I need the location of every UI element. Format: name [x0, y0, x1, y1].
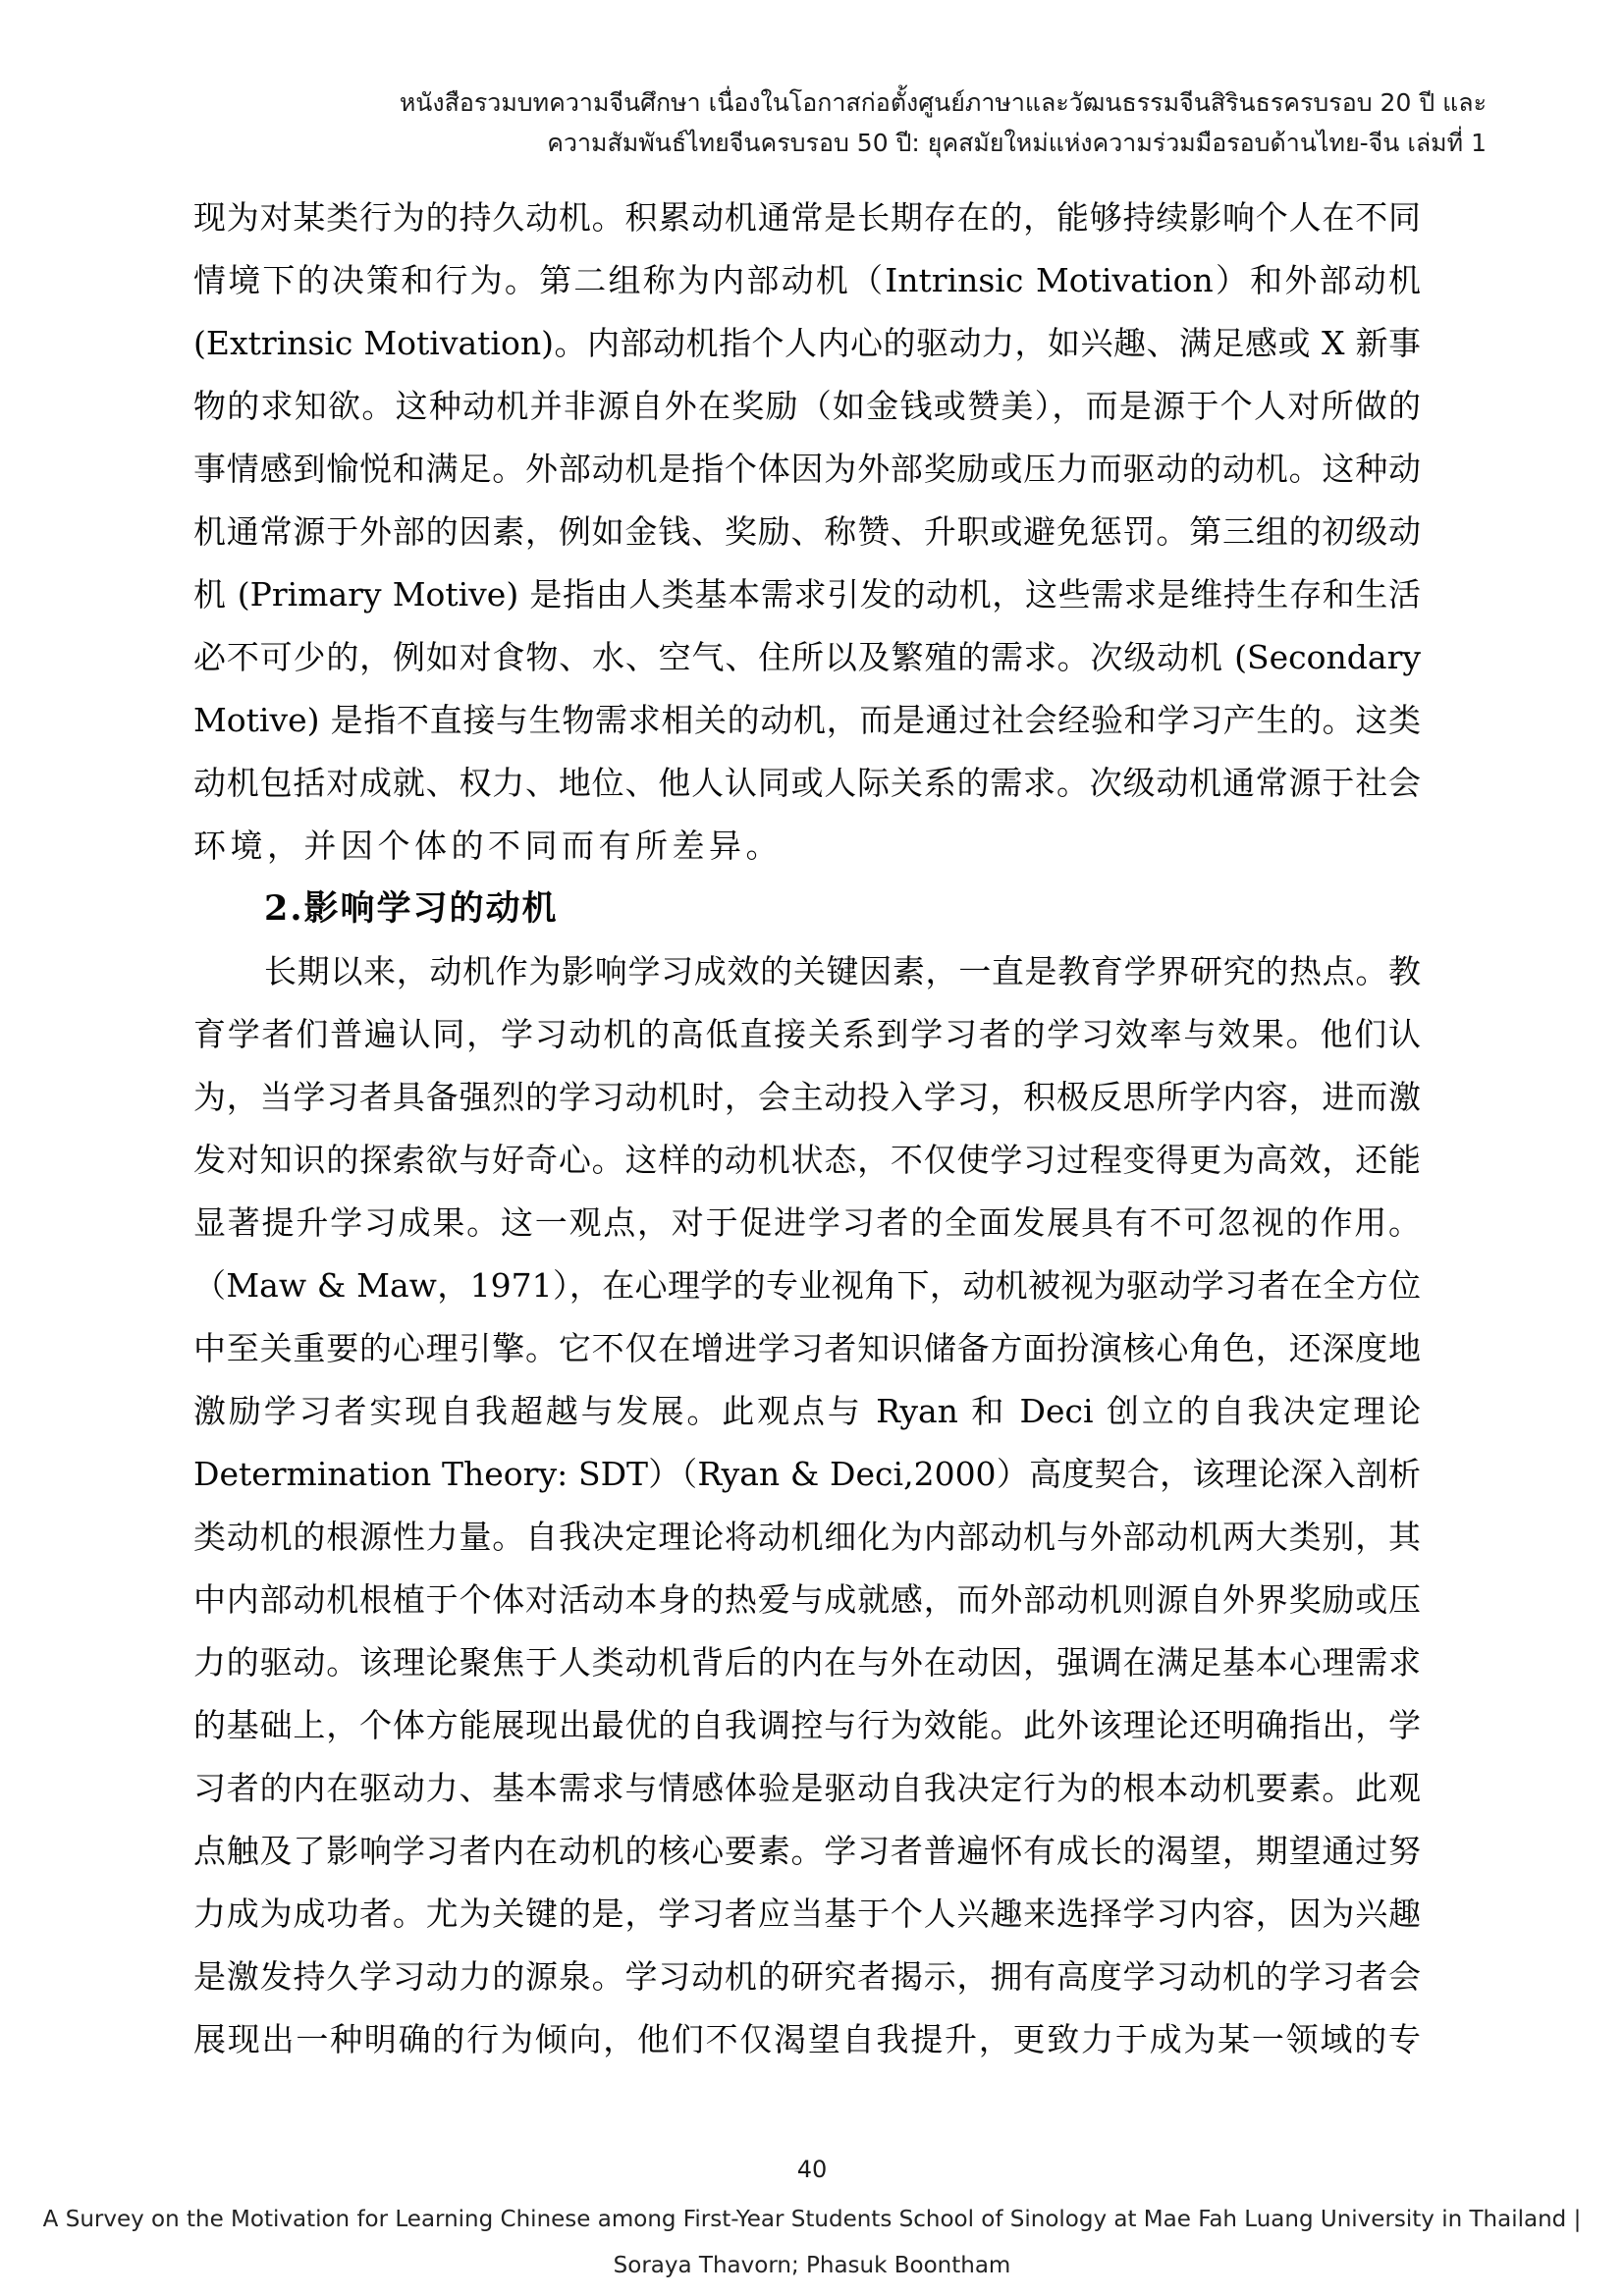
body-line: 显著提升学习成果。这一观点，对于促进学习者的全面发展具有不可忽视的作用。	[193, 1192, 1421, 1255]
body-line: 中内部动机根植于个体对活动本身的热爱与成就感，而外部动机则源自外界奖励或压	[193, 1569, 1421, 1631]
body-line: 激励学习者实现自我超越与发展。此观点与 Ryan 和 Deci 创立的自我决定理…	[193, 1380, 1421, 1443]
body-line: （Maw & Maw，1971），在心理学的专业视角下，动机被视为驱动学习者在全…	[193, 1255, 1421, 1317]
header-line-2: ความสัมพันธ์ไทยจีนครบรอบ 50 ปี: ยุคสมัยใ…	[137, 123, 1487, 163]
body-line: 育学者们普遍认同，学习动机的高低直接关系到学习者的学习效率与效果。他们认	[193, 1003, 1421, 1066]
body-line: 物的求知欲。这种动机并非源自外在奖励（如金钱或赞美），而是源于个人对所做的	[193, 375, 1421, 438]
body-line: 是激发持久学习动力的源泉。学习动机的研究者揭示，拥有高度学习动机的学习者会	[193, 1946, 1421, 2008]
body-line: 事情感到愉悦和满足。外部动机是指个体因为外部奖励或压力而驱动的动机。这种动	[193, 438, 1421, 501]
body-line: 现为对某类行为的持久动机。积累动机通常是长期存在的，能够持续影响个人在不同	[193, 187, 1421, 249]
body-line: Determination Theory: SDT）（Ryan & Deci,2…	[193, 1443, 1421, 1506]
body-line: 力成为成功者。尤为关键的是，学习者应当基于个人兴趣来选择学习内容，因为兴趣	[193, 1883, 1421, 1946]
body-line: 机通常源于外部的因素，例如金钱、奖励、称赞、升职或避免惩罚。第三组的初级动	[193, 501, 1421, 563]
body-line: 必不可少的，例如对食物、水、空气、住所以及繁殖的需求。次级动机 (Seconda…	[193, 626, 1421, 689]
body-line: 机 (Primary Motive) 是指由人类基本需求引发的动机，这些需求是维…	[193, 563, 1421, 626]
body-line: 类动机的根源性力量。自我决定理论将动机细化为内部动机与外部动机两大类别，其	[193, 1506, 1421, 1569]
body-line: 为，当学习者具备强烈的学习动机时，会主动投入学习，积极反思所学内容，进而激	[193, 1066, 1421, 1129]
page-number: 40	[0, 2156, 1624, 2183]
body-line: 情境下的决策和行为。第二组称为内部动机（Intrinsic Motivation…	[193, 249, 1421, 312]
footer-citation: A Survey on the Motivation for Learning …	[39, 2197, 1585, 2243]
body-line: 长期以来，动机作为影响学习成效的关键因素，一直是教育学界研究的热点。教	[193, 940, 1421, 1003]
body-text: 现为对某类行为的持久动机。积累动机通常是长期存在的，能够持续影响个人在不同 情境…	[193, 187, 1421, 2071]
section-heading: 2.影响学习的动机	[193, 878, 1421, 940]
body-line: 点触及了影响学习者内在动机的核心要素。学习者普遍怀有成长的渴望，期望通过努	[193, 1820, 1421, 1883]
footer-authors: Soraya Thavorn; Phasuk Boontham	[39, 2243, 1585, 2289]
body-line: 展现出一种明确的行为倾向，他们不仅渴望自我提升，更致力于成为某一领域的专	[193, 2008, 1421, 2071]
body-line: 动机包括对成就、权力、地位、他人认同或人际关系的需求。次级动机通常源于社会	[193, 752, 1421, 815]
body-line: 力的驱动。该理论聚焦于人类动机背后的内在与外在动因，强调在满足基本心理需求	[193, 1631, 1421, 1694]
document-page: หนังสือรวมบทความจีนศึกษา เนื่องในโอกาสก่…	[0, 0, 1624, 2296]
body-line: 的基础上，个体方能展现出最优的自我调控与行为效能。此外该理论还明确指出，学	[193, 1694, 1421, 1757]
body-line: Motive) 是指不直接与生物需求相关的动机，而是通过社会经验和学习产生的。这…	[193, 689, 1421, 752]
body-line: 中至关重要的心理引擎。它不仅在增进学习者知识储备方面扮演核心角色，还深度地	[193, 1317, 1421, 1380]
header-line-1: หนังสือรวมบทความจีนศึกษา เนื่องในโอกาสก่…	[137, 82, 1487, 123]
page-footer: A Survey on the Motivation for Learning …	[39, 2197, 1585, 2289]
body-line: 发对知识的探索欲与好奇心。这样的动机状态，不仅使学习过程变得更为高效，还能	[193, 1129, 1421, 1192]
body-line: (Extrinsic Motivation)。内部动机指个人内心的驱动力，如兴趣…	[193, 312, 1421, 375]
page-header: หนังสือรวมบทความจีนศึกษา เนื่องในโอกาสก่…	[137, 82, 1487, 163]
body-line: 习者的内在驱动力、基本需求与情感体验是驱动自我决定行为的根本动机要素。此观	[193, 1757, 1421, 1820]
body-line: 环境，并因个体的不同而有所差异。	[193, 815, 1421, 878]
